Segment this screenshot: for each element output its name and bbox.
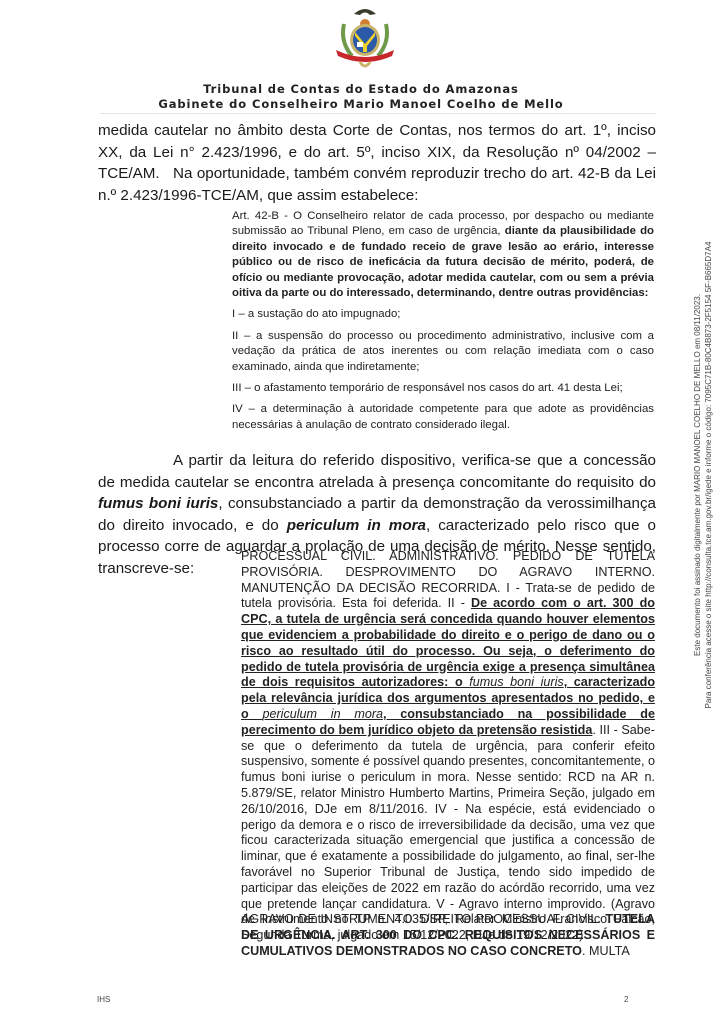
footer-initials: IHS: [97, 995, 110, 1004]
jurisprudence-citation-2: AGRAVO DE INSTRUMENTO. DIREITO PROCESSUA…: [241, 912, 655, 959]
header-institution: Tribunal de Contas do Estado do Amazonas: [0, 82, 722, 96]
jurisprudence-citation-1: PROCESSUAL CIVIL. ADMINISTRATIVO. PEDIDO…: [241, 549, 655, 944]
page-number: 2: [624, 995, 628, 1004]
art-42b-quote: Art. 42-B - O Conselheiro relator de cad…: [232, 209, 654, 433]
digital-signature-stamp: Este documento foi assinado digitalmente…: [692, 175, 714, 775]
art-42b-intro: Art. 42-B - O Conselheiro relator de cad…: [232, 209, 654, 301]
signature-line: Este documento foi assinado digitalmente…: [692, 175, 703, 775]
art-42b-item-3: III – o afastamento temporário de respon…: [232, 381, 654, 396]
header-divider: [100, 113, 656, 114]
header-office: Gabinete do Conselheiro Mario Manoel Coe…: [0, 97, 722, 111]
art-42b-item-4: IV – a determinação à autoridade compete…: [232, 402, 654, 433]
art-42b-item-2: II – a suspensão do processo ou procedim…: [232, 329, 654, 375]
art-42b-item-1: I – a sustação do ato impugnado;: [232, 307, 654, 322]
paragraph-2: Na oportunidade, também convém reproduzi…: [98, 163, 656, 206]
verification-line: Para conferência acesse o site http://co…: [703, 175, 714, 775]
coat-of-arms-seal: [330, 2, 400, 74]
